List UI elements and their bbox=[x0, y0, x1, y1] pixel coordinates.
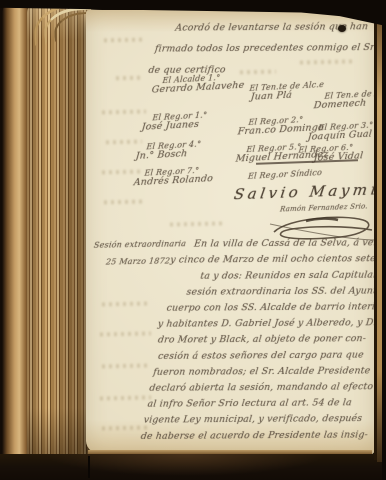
photo-right-border bbox=[382, 0, 386, 480]
signature-entry: El Reg.or 1.° José Juanes bbox=[151, 111, 207, 133]
signature-entry: El Reg.or 3.° Joaquín Gual bbox=[317, 121, 373, 143]
signature-entry: El Ten.e de Alc.e Domenech bbox=[323, 88, 375, 111]
ink-blot bbox=[338, 25, 346, 32]
signature-entry: El Alcalde 1.° Gerardo Malavehe bbox=[161, 72, 245, 95]
signature-title: El Reg.or Síndico bbox=[248, 168, 323, 181]
handwritten-line: sesión extraordinaria los SS. del Ayunta… bbox=[186, 283, 375, 300]
handwritten-line: dro Moret y Black, al objeto de poner co… bbox=[157, 331, 375, 349]
handwritten-line: fueron nombrados; el Sr. Alcalde Preside… bbox=[152, 363, 375, 381]
signature-name: Juan Plá bbox=[250, 88, 324, 103]
session-paragraph: En la villa de Cassá de la Selva, á vein… bbox=[136, 235, 375, 445]
signature-entry: El Reg.or Síndico bbox=[248, 168, 323, 180]
shadow-crack bbox=[88, 456, 90, 478]
handwritten-line: al infro Señor Srio lectura al art. 54 d… bbox=[147, 395, 375, 413]
signature-entry: El Reg.or 4.° Jn.° Bosch bbox=[145, 140, 201, 162]
book-page-stack-edge bbox=[27, 3, 91, 463]
signature-entry: El Ten.te de Alc.e Juan Plá bbox=[248, 80, 324, 103]
book-cover-edge bbox=[2, 0, 30, 474]
handwritten-line: y cinco de Marzo de mil ocho cientos set… bbox=[169, 251, 375, 269]
handwritten-line: En la villa de Cassá de la Selva, á vein… bbox=[193, 235, 375, 252]
handwritten-line: cuerpo con los SS. Alcalde de barrio int… bbox=[166, 299, 375, 317]
handwritten-line: cesión á estos señores del cargo para qu… bbox=[157, 347, 375, 365]
signature-name: José Juanes bbox=[141, 119, 207, 133]
handwritten-line: vigente Ley municipal, y verificado, des… bbox=[143, 411, 375, 429]
manuscript-photo: Acordó de levantarse la sesión que hanfi… bbox=[0, 0, 386, 480]
handwritten-line: declaró abierta la sesión, mandando al e… bbox=[148, 379, 375, 397]
background-surface bbox=[0, 454, 386, 480]
handwritten-line: ta y dos: Reunidos en sala Capitular en bbox=[199, 267, 375, 284]
handwritten-line: de haberse el acuerdo de Presidente las … bbox=[140, 427, 375, 445]
handwritten-line: y habitantes D. Gabriel José y Alberedo,… bbox=[157, 315, 375, 333]
signature-name: Jn.° Bosch bbox=[135, 148, 201, 162]
signature-entry: El Reg.or 7.° Andrés Rolando bbox=[143, 165, 214, 188]
manuscript-page: Acordó de levantarse la sesión que hanfi… bbox=[86, 10, 375, 455]
